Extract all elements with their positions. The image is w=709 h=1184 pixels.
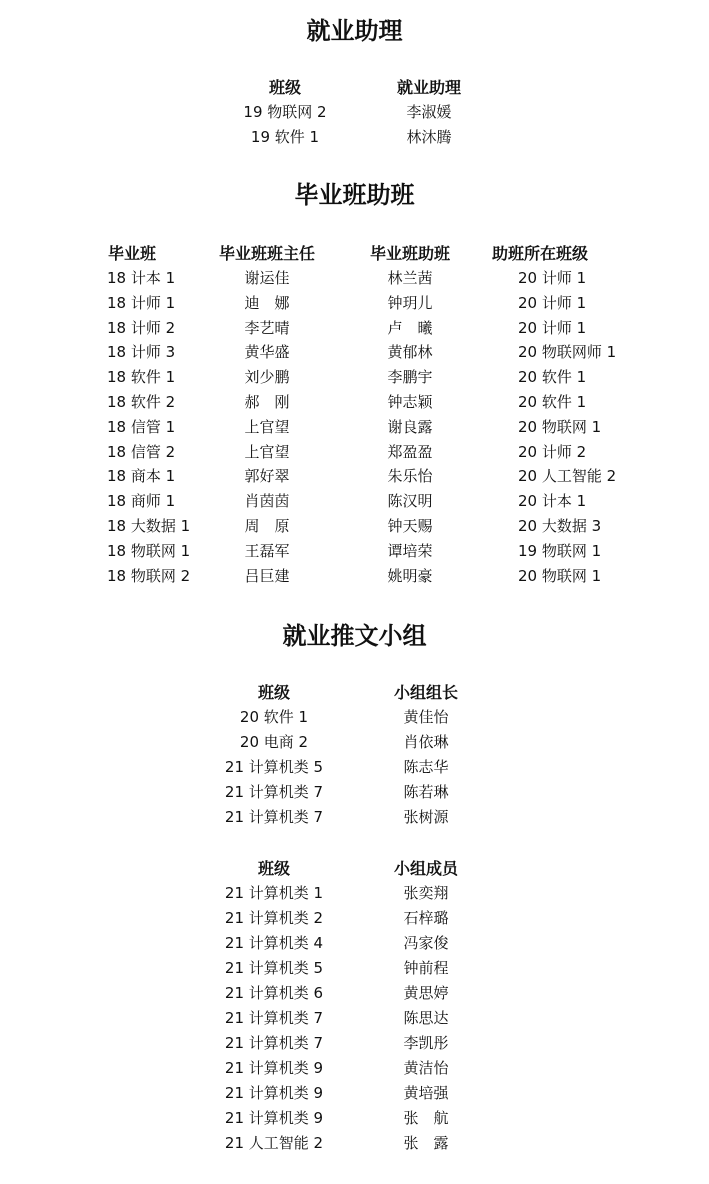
table-cell: 19 物联网 2 xyxy=(215,102,355,122)
column-header: 毕业班班主任 xyxy=(197,244,337,264)
column-header: 班级 xyxy=(215,78,355,98)
table-cell: 20 物联网 1 xyxy=(518,417,658,437)
column-header: 助班所在班级 xyxy=(492,244,632,264)
table-cell: 张奕翔 xyxy=(356,883,496,903)
table-cell: 20 软件 1 xyxy=(204,707,344,727)
table-cell: 周 原 xyxy=(197,516,337,536)
table-cell: 郑盈盈 xyxy=(340,442,480,462)
table-cell: 郭好翠 xyxy=(197,466,337,486)
table-cell: 20 软件 1 xyxy=(518,392,658,412)
table-cell: 21 计算机类 7 xyxy=(204,782,344,802)
table-cell: 张 露 xyxy=(356,1133,496,1153)
section-title-graduating-class-assistant: 毕业班助班 xyxy=(0,180,709,210)
table-cell: 21 计算机类 5 xyxy=(204,958,344,978)
table-cell: 吕巨建 xyxy=(197,566,337,586)
table-cell: 王磊军 xyxy=(197,541,337,561)
table-cell: 林兰茜 xyxy=(340,268,480,288)
table-cell: 李凯彤 xyxy=(356,1033,496,1053)
column-header: 班级 xyxy=(204,859,344,879)
table-cell: 林沐腾 xyxy=(359,127,499,147)
table-cell: 黄华盛 xyxy=(197,342,337,362)
table-cell: 谢运佳 xyxy=(197,268,337,288)
table-cell: 陈志华 xyxy=(356,757,496,777)
table-cell: 姚明豪 xyxy=(340,566,480,586)
table-cell: 20 物联网师 1 xyxy=(518,342,658,362)
table-cell: 20 计本 1 xyxy=(518,491,658,511)
table-cell: 19 物联网 1 xyxy=(518,541,658,561)
table-cell: 石梓璐 xyxy=(356,908,496,928)
table-cell: 21 计算机类 9 xyxy=(204,1083,344,1103)
table-cell: 刘少鹏 xyxy=(197,367,337,387)
table-cell: 钟玥儿 xyxy=(340,293,480,313)
table-cell: 黄郁林 xyxy=(340,342,480,362)
table-cell: 21 计算机类 5 xyxy=(204,757,344,777)
section-title-employment-post-group: 就业推文小组 xyxy=(0,621,709,651)
table-cell: 21 人工智能 2 xyxy=(204,1133,344,1153)
table-cell: 21 计算机类 6 xyxy=(204,983,344,1003)
column-header: 就业助理 xyxy=(359,78,499,98)
table-cell: 20 物联网 1 xyxy=(518,566,658,586)
table-cell: 21 计算机类 7 xyxy=(204,807,344,827)
table-cell: 肖茵茵 xyxy=(197,491,337,511)
column-header: 毕业班助班 xyxy=(340,244,480,264)
table-cell: 冯家俊 xyxy=(356,933,496,953)
table-cell: 谭培荣 xyxy=(340,541,480,561)
table-cell: 21 计算机类 7 xyxy=(204,1008,344,1028)
table-cell: 21 计算机类 9 xyxy=(204,1108,344,1128)
table-cell: 郝 刚 xyxy=(197,392,337,412)
table-cell: 20 计师 1 xyxy=(518,268,658,288)
table-cell: 迪 娜 xyxy=(197,293,337,313)
table-cell: 19 软件 1 xyxy=(215,127,355,147)
table-cell: 21 计算机类 9 xyxy=(204,1058,344,1078)
table-cell: 20 计师 1 xyxy=(518,293,658,313)
table-cell: 黄思婷 xyxy=(356,983,496,1003)
table-cell: 黄培强 xyxy=(356,1083,496,1103)
table-cell: 20 电商 2 xyxy=(204,732,344,752)
table-cell: 20 大数据 3 xyxy=(518,516,658,536)
column-header: 班级 xyxy=(204,683,344,703)
table-cell: 21 计算机类 7 xyxy=(204,1033,344,1053)
column-header: 小组成员 xyxy=(356,859,496,879)
table-cell: 黄佳怡 xyxy=(356,707,496,727)
table-cell: 张树源 xyxy=(356,807,496,827)
table-cell: 20 软件 1 xyxy=(518,367,658,387)
table-cell: 21 计算机类 4 xyxy=(204,933,344,953)
table-cell: 上官望 xyxy=(197,417,337,437)
table-cell: 21 计算机类 1 xyxy=(204,883,344,903)
table-cell: 钟天赐 xyxy=(340,516,480,536)
table-cell: 李淑媛 xyxy=(359,102,499,122)
table-cell: 肖依琳 xyxy=(356,732,496,752)
table-cell: 20 计师 2 xyxy=(518,442,658,462)
table-cell: 李鹏宇 xyxy=(340,367,480,387)
table-cell: 20 人工智能 2 xyxy=(518,466,658,486)
table-cell: 李艺晴 xyxy=(197,318,337,338)
table-cell: 陈若琳 xyxy=(356,782,496,802)
table-cell: 20 计师 1 xyxy=(518,318,658,338)
column-header: 小组组长 xyxy=(356,683,496,703)
table-cell: 陈思达 xyxy=(356,1008,496,1028)
table-cell: 21 计算机类 2 xyxy=(204,908,344,928)
table-cell: 黄洁怡 xyxy=(356,1058,496,1078)
table-cell: 卢 曦 xyxy=(340,318,480,338)
table-cell: 朱乐怡 xyxy=(340,466,480,486)
section-title-employment-assistant: 就业助理 xyxy=(0,16,709,46)
table-cell: 陈汉明 xyxy=(340,491,480,511)
table-cell: 钟前程 xyxy=(356,958,496,978)
table-cell: 钟志颖 xyxy=(340,392,480,412)
table-cell: 上官望 xyxy=(197,442,337,462)
table-cell: 谢良露 xyxy=(340,417,480,437)
table-cell: 张 航 xyxy=(356,1108,496,1128)
